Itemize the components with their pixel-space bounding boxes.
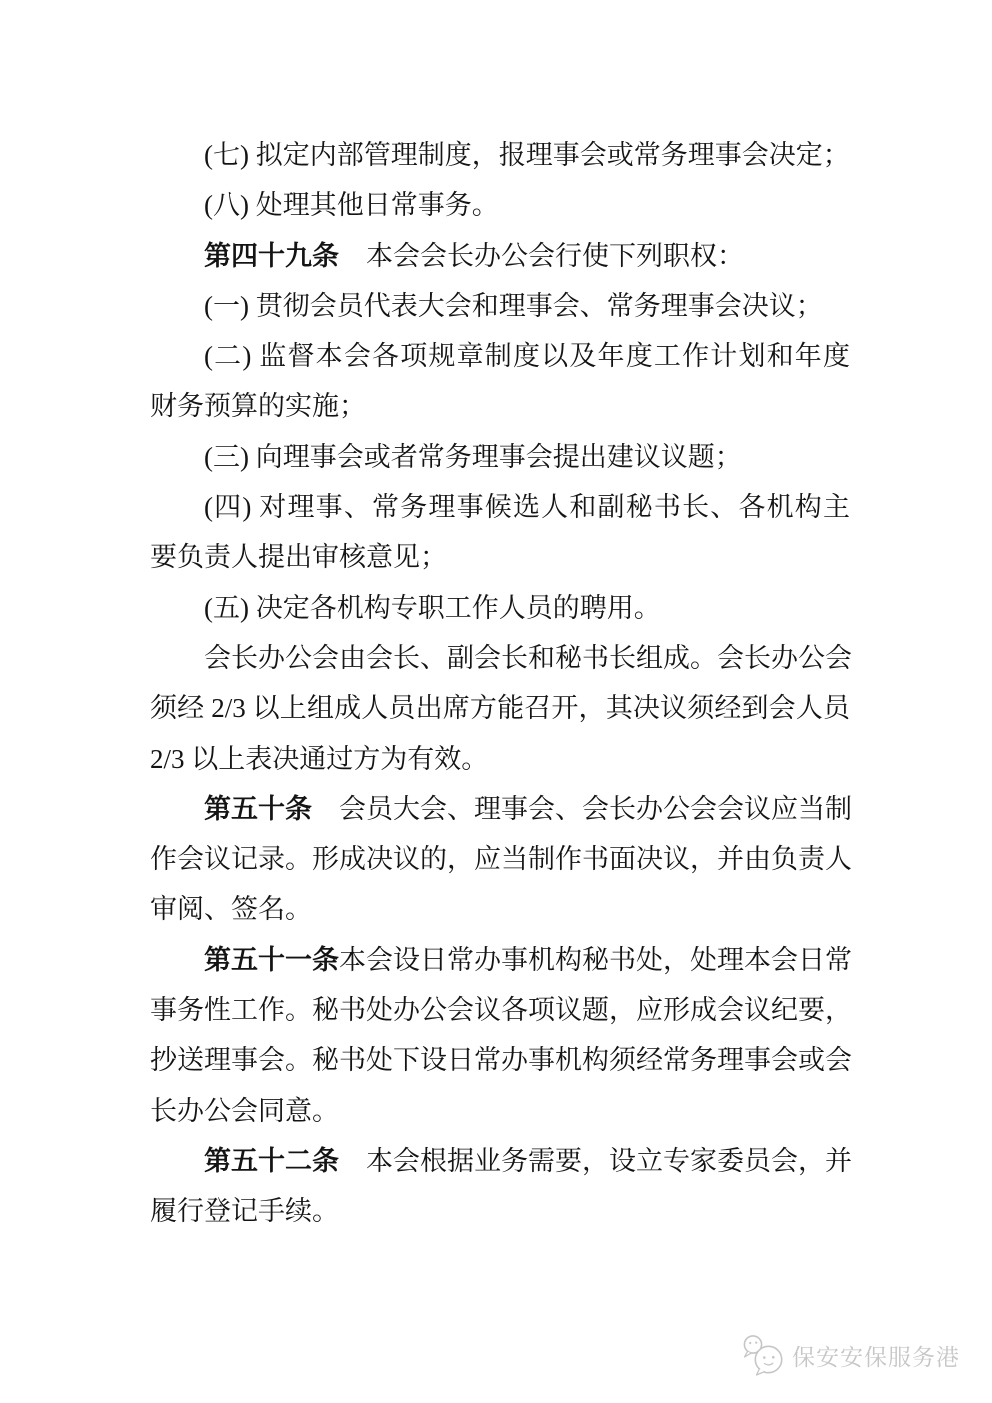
- document-page: (七) 拟定内部管理制度，报理事会或常务理事会决定；(八) 处理其他日常事务。第…: [0, 0, 992, 1403]
- text-run: (三) 向理事会或者常务理事会提出建议议题；: [204, 442, 742, 472]
- article-number-heading: 第四十九条: [204, 241, 339, 271]
- text-run: 长办公会同意。: [150, 1096, 339, 1126]
- text-run: (二) 监督本会各项规章制度以及年度工作计划和年度: [204, 341, 850, 371]
- text-line: 须经 2/3 以上组成人员出席方能召开，其决议须经到会人员: [150, 683, 850, 733]
- text-line: 作会议记录。形成决议的，应当制作书面决议，并由负责人: [150, 834, 850, 884]
- text-line: (一) 贯彻会员代表大会和理事会、常务理事会决议；: [150, 281, 850, 331]
- text-line: (八) 处理其他日常事务。: [150, 180, 850, 230]
- text-line: 长办公会同意。: [150, 1086, 850, 1136]
- text-line: 第五十一条本会设日常办事机构秘书处，处理本会日常: [150, 935, 850, 985]
- text-run: 审阅、签名。: [150, 894, 312, 924]
- text-run: (七) 拟定内部管理制度，报理事会或常务理事会决定；: [204, 140, 850, 170]
- text-line: 第五十条 会员大会、理事会、会长办公会会议应当制: [150, 784, 850, 834]
- text-line: 抄送理事会。秘书处下设日常办事机构须经常务理事会或会: [150, 1035, 850, 1085]
- article-number-heading: 第五十二条: [204, 1146, 339, 1176]
- text-run: 本会会长办公会行使下列职权：: [339, 241, 744, 271]
- text-run: 2/3 以上表决通过方为有效。: [150, 744, 488, 774]
- text-run: (一) 贯彻会员代表大会和理事会、常务理事会决议；: [204, 291, 823, 321]
- document-text: (七) 拟定内部管理制度，报理事会或常务理事会决定；(八) 处理其他日常事务。第…: [150, 130, 850, 1237]
- article-number-heading: 第五十条: [204, 794, 312, 824]
- wechat-icon: [740, 1333, 786, 1377]
- text-run: (八) 处理其他日常事务。: [204, 190, 499, 220]
- text-line: (七) 拟定内部管理制度，报理事会或常务理事会决定；: [150, 130, 850, 180]
- text-line: (三) 向理事会或者常务理事会提出建议议题；: [150, 432, 850, 482]
- text-line: (四) 对理事、常务理事候选人和副秘书长、各机构主: [150, 482, 850, 532]
- watermark-label: 保安安保服务港: [792, 1339, 960, 1372]
- text-run: 本会设日常办事机构秘书处，处理本会日常: [339, 945, 852, 975]
- text-run: 要负责人提出审核意见；: [150, 542, 447, 572]
- text-run: 事务性工作。秘书处办公会议各项议题，应形成会议纪要，: [150, 995, 852, 1025]
- text-run: 财务预算的实施；: [150, 391, 366, 421]
- text-run: 会长办公会由会长、副会长和秘书长组成。会长办公会: [204, 643, 852, 673]
- text-line: 要负责人提出审核意见；: [150, 532, 850, 582]
- text-run: 抄送理事会。秘书处下设日常办事机构须经常务理事会或会: [150, 1045, 852, 1075]
- text-run: (五) 决定各机构专职工作人员的聘用。: [204, 593, 661, 623]
- text-line: 会长办公会由会长、副会长和秘书长组成。会长办公会: [150, 633, 850, 683]
- article-number-heading: 第五十一条: [204, 945, 339, 975]
- text-run: 会员大会、理事会、会长办公会会议应当制: [312, 794, 852, 824]
- text-line: 第四十九条 本会会长办公会行使下列职权：: [150, 231, 850, 281]
- watermark: 保安安保服务港: [740, 1331, 960, 1379]
- text-line: 履行登记手续。: [150, 1186, 850, 1236]
- text-run: (四) 对理事、常务理事候选人和副秘书长、各机构主: [204, 492, 850, 522]
- text-line: (二) 监督本会各项规章制度以及年度工作计划和年度: [150, 331, 850, 381]
- text-run: 履行登记手续。: [150, 1196, 339, 1226]
- text-line: 审阅、签名。: [150, 884, 850, 934]
- text-run: 本会根据业务需要，设立专家委员会，并: [339, 1146, 852, 1176]
- text-line: 第五十二条 本会根据业务需要，设立专家委员会，并: [150, 1136, 850, 1186]
- text-line: (五) 决定各机构专职工作人员的聘用。: [150, 583, 850, 633]
- text-run: 作会议记录。形成决议的，应当制作书面决议，并由负责人: [150, 844, 852, 874]
- text-line: 财务预算的实施；: [150, 381, 850, 431]
- text-line: 事务性工作。秘书处办公会议各项议题，应形成会议纪要，: [150, 985, 850, 1035]
- text-run: 须经 2/3 以上组成人员出席方能召开，其决议须经到会人员: [150, 693, 850, 723]
- text-line: 2/3 以上表决通过方为有效。: [150, 734, 850, 784]
